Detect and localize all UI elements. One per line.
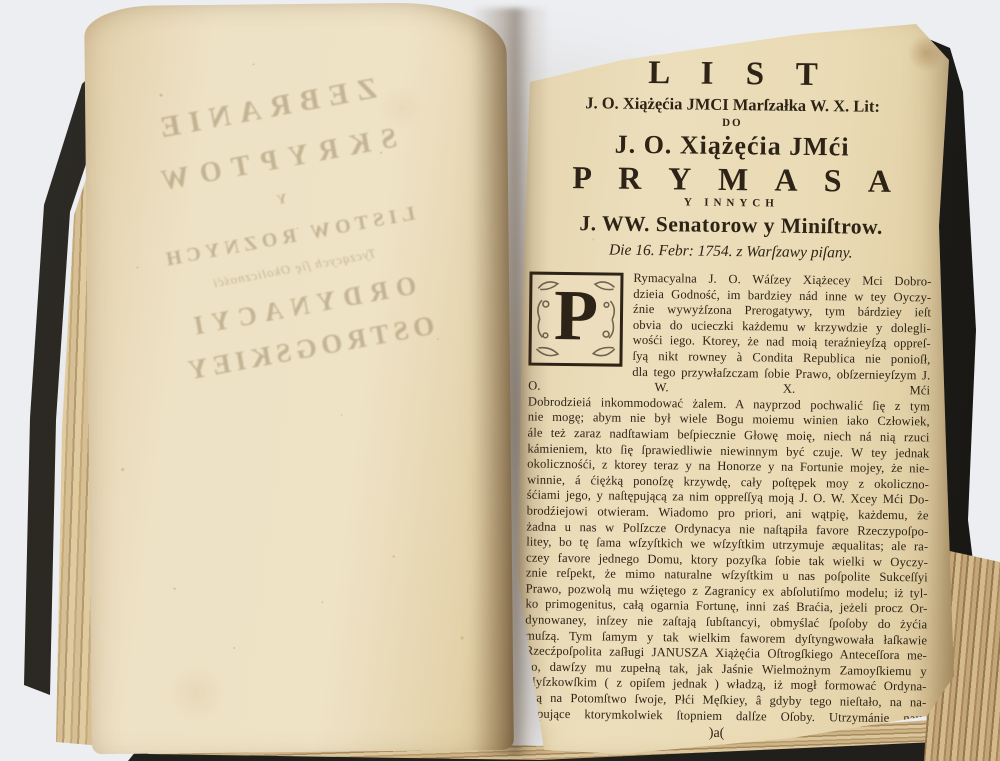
letter-dateline: Die 16. Febr: 1754. z Warſzawy piſany. xyxy=(530,240,932,265)
dropcap-initial: P xyxy=(528,272,623,367)
letter-addressee: J. O. Xiążęćia JMći xyxy=(531,129,933,164)
letter-addressee-primas: P R Y M A S A xyxy=(530,159,932,200)
dropcap-letter: P xyxy=(554,274,599,358)
body-line: dla tego przywłaſzczam ſobie Prawo, obſz… xyxy=(528,363,930,399)
ghost-title: ZEBRANIE SKRYPTOW Y LISTOW ROZNYCH Tyczą… xyxy=(92,61,481,396)
left-page: ZEBRANIE SKRYPTOW Y LISTOW ROZNYCH Tyczą… xyxy=(84,2,514,754)
letter-body: ▶ xyxy=(524,270,932,745)
right-page: L I S T J. O. Xiążęćia JMCI Marſzałka W.… xyxy=(502,16,958,761)
letter-page-content: L I S T J. O. Xiążęćia JMCI Marſzałka W.… xyxy=(524,54,934,745)
photo-background: ZEBRANIE SKRYPTOW Y LISTOW ROZNYCH Tyczą… xyxy=(0,0,1000,761)
signature-mark: )a( xyxy=(709,726,725,742)
letter-addressee-senators: J. WW. Senatorow y Miniſtrow. xyxy=(530,210,932,241)
